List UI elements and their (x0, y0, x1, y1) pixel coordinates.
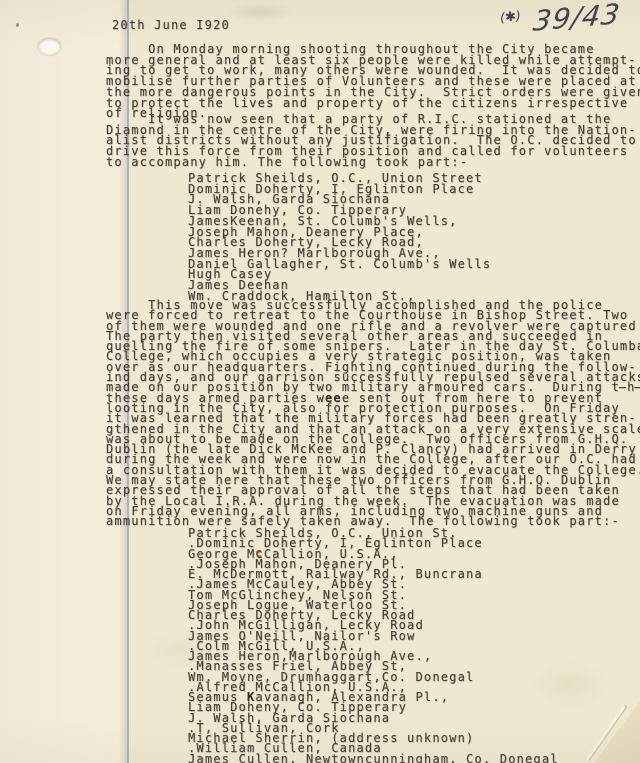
paper-stain (225, 2, 295, 22)
volunteer-roster-first: Patrick Sheilds, O.C., Union Street Domi… (188, 173, 491, 301)
document-page: (✱) 39/43 20th June I920 On Monday morni… (0, 0, 640, 763)
bold-overtyped-letter-k: K (247, 692, 255, 702)
handwritten-page-number: 39/43 (531, 0, 622, 38)
handwritten-corner-mark: (✱) (499, 9, 521, 26)
bold-overtyped-letters-ee: ee (325, 393, 342, 403)
folded-corner-shade (594, 701, 640, 763)
paragraph-monday-shooting: On Monday morning shooting throughout th… (106, 44, 640, 119)
paragraph-college-evacuation: This move was successfully accomplished … (106, 300, 640, 527)
date-line: 20th June I920 (112, 20, 230, 31)
folded-corner (594, 701, 640, 763)
punch-hole (38, 38, 61, 55)
volunteer-roster-second: Patrick Sheilds, O.C., Union St. .Domini… (188, 528, 559, 763)
paper-speck (16, 23, 19, 27)
paragraph-ric-diamond: It was now seen that a party of R.I.C. s… (106, 114, 637, 168)
red-overtyped-letter: c (255, 548, 263, 558)
